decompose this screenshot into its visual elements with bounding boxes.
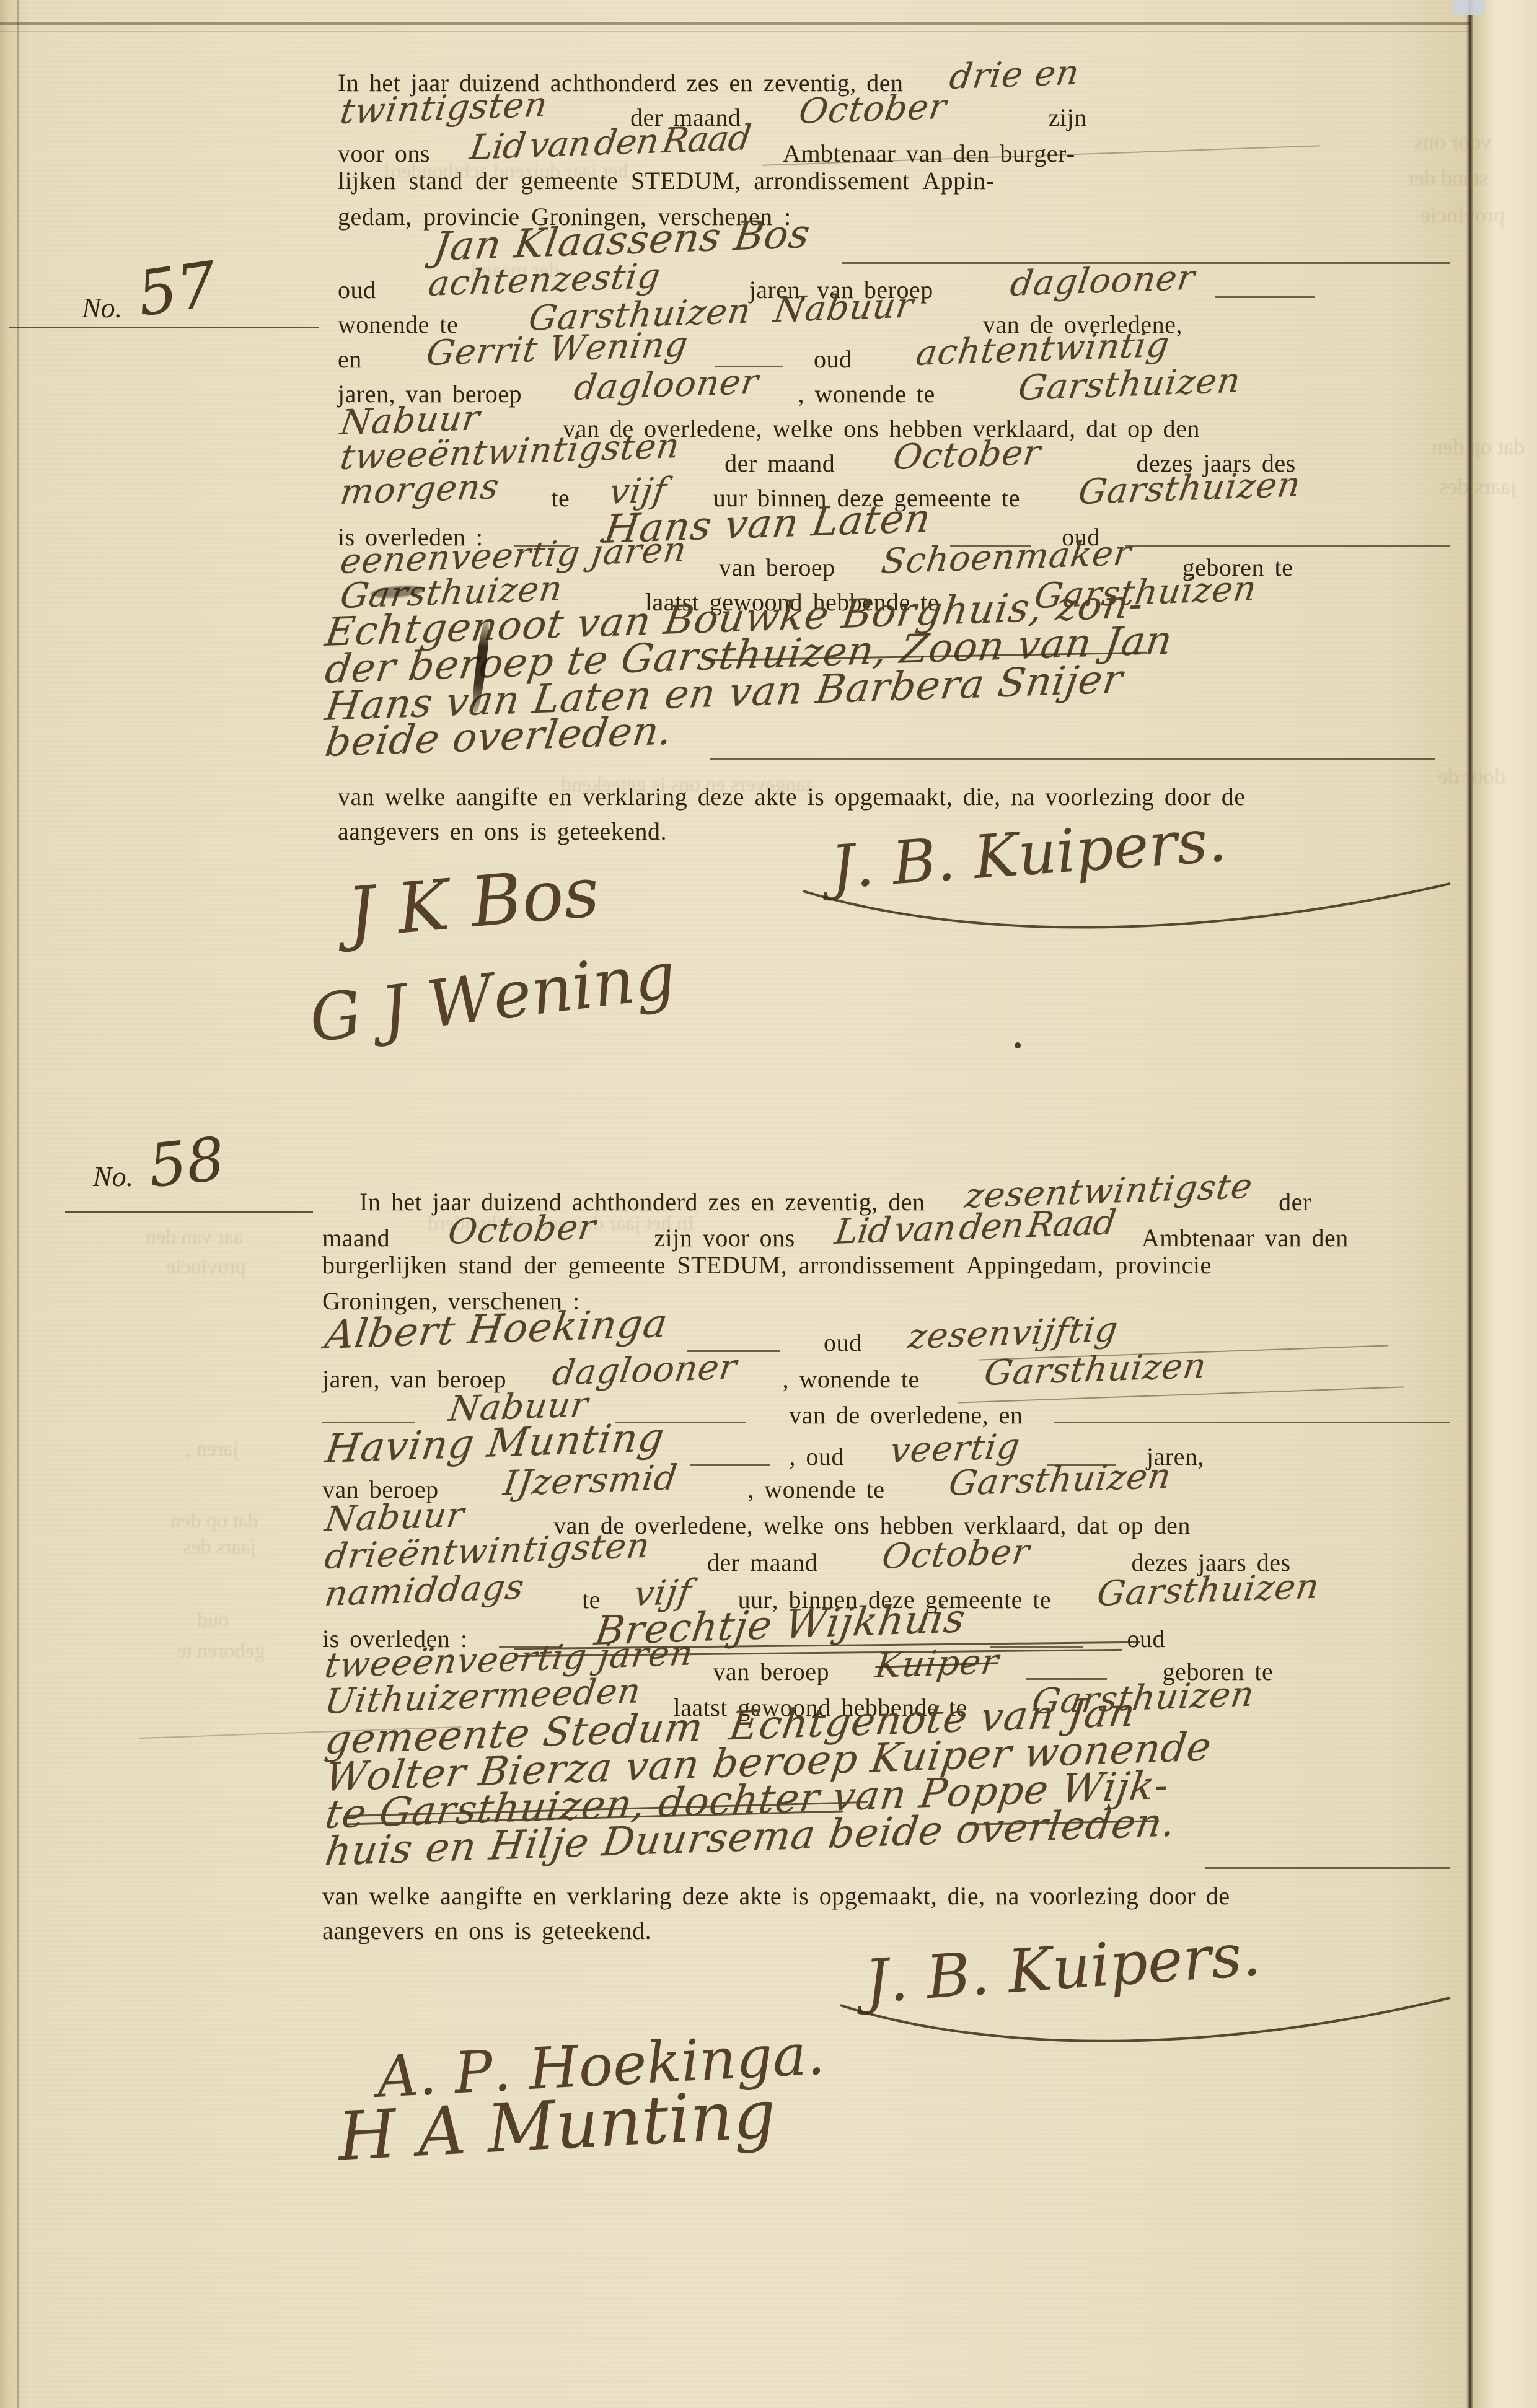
signature-flourish	[799, 872, 1456, 941]
bleed-through-text: provincie	[166, 1255, 245, 1279]
margin-rule	[65, 1211, 313, 1213]
act-line: lijken stand der gemeente STEDUM, arrond…	[338, 166, 1450, 195]
ink-dot	[1015, 1042, 1021, 1048]
blank-line	[710, 758, 1435, 760]
act-line: maand October zijn voor ons Lid van den …	[322, 1215, 1450, 1255]
handwritten-text: October	[796, 87, 949, 132]
printed-text: van de overledene, en	[789, 1400, 1023, 1430]
handwritten-text: morgens	[338, 467, 502, 512]
next-page-edge	[1473, 0, 1537, 2408]
printed-text: te	[551, 483, 570, 512]
bleed-through-text: oud	[197, 1609, 229, 1632]
page-left-crease	[17, 0, 19, 2408]
printed-text: lijken stand der gemeente STEDUM, arrond…	[338, 166, 995, 195]
top-fold-line	[0, 22, 1470, 25]
printed-text: aangevers en ons is geteekend.	[338, 817, 667, 846]
handwritten-text: October	[879, 1532, 1033, 1577]
top-fold-line-2	[0, 31, 1470, 32]
bleed-through-text: jaars des	[183, 1536, 256, 1559]
record-number-label: No.	[82, 291, 122, 324]
printed-text: der maand	[707, 1548, 817, 1577]
printed-text: voor ons	[338, 139, 430, 168]
act-line: huis en Hilje Duursema beide overleden.	[322, 1832, 1450, 1878]
handwritten-text: IJzersmid	[501, 1457, 680, 1504]
record-number-value: 58	[145, 1124, 227, 1201]
printed-text: zijn	[1049, 103, 1087, 132]
record-number-value: 57	[133, 248, 221, 331]
printed-text: , wonende te	[798, 379, 935, 408]
handwritten-text: daglooner	[571, 362, 761, 408]
printed-text: , wonende te	[747, 1475, 884, 1504]
printed-text: en	[338, 345, 362, 374]
printed-text: van welke aangifte en verklaring deze ak…	[322, 1881, 1230, 1910]
printed-text: aangevers en ons is geteekend.	[322, 1916, 651, 1945]
handwritten-text: drie en	[947, 53, 1082, 97]
printed-text: oud	[338, 275, 376, 304]
printed-text: oud	[824, 1328, 862, 1357]
bleed-through-text: jaren ,	[186, 1438, 239, 1461]
handwritten-text: Garsthuizen	[1094, 1567, 1322, 1614]
handwritten-text: daglooner	[1008, 258, 1197, 304]
act-line: beide overleden.	[322, 723, 1435, 768]
printed-text: , wonende te	[782, 1364, 919, 1394]
printed-text: der maand	[724, 449, 835, 478]
page-binding-crease	[1466, 0, 1473, 2408]
handwritten-text: Garsthuizen	[1016, 361, 1243, 408]
printed-text: maand	[322, 1223, 390, 1252]
closing-line: van welke aangifte en verklaring deze ak…	[338, 782, 1450, 811]
page-corner-sliver	[1453, 0, 1485, 15]
blank-line	[1205, 1867, 1450, 1869]
printed-text: zijn voor ons	[654, 1223, 795, 1252]
act-line: van beroep IJzersmid , wonende te Garsth…	[322, 1466, 1450, 1506]
act-line: Albert Hoekinga oud zesenvijftig	[322, 1315, 1450, 1361]
bleed-through-text: dat op den	[170, 1509, 258, 1533]
blank-line	[322, 1422, 415, 1423]
act-line: burgerlijken stand der gemeente STEDUM, …	[322, 1250, 1450, 1280]
bleed-through-text: jaars des	[1439, 473, 1517, 499]
blank-line	[1054, 1422, 1450, 1423]
handwritten-text: twintigsten	[338, 84, 550, 132]
witness-signature: J K Bos	[344, 852, 602, 954]
signature-flourish	[837, 1988, 1456, 2056]
margin-rule	[9, 327, 319, 328]
printed-text: van beroep	[719, 553, 835, 582]
witness-signature: G J Wening	[306, 937, 680, 1057]
register-page: het jaar duizend achthonderd der maand v…	[0, 0, 1537, 2408]
handwritten-text: October	[446, 1207, 599, 1252]
printed-text: burgerlijken stand der gemeente STEDUM, …	[322, 1250, 1212, 1280]
closing-line: aangevers en ons is geteekend.	[322, 1916, 1450, 1945]
printed-text: van welke aangifte en verklaring deze ak…	[338, 782, 1246, 811]
printed-text: van beroep	[713, 1657, 829, 1686]
handwritten-text-struck: Kuiper	[873, 1641, 1002, 1686]
closing-line: van welke aangifte en verklaring deze ak…	[322, 1881, 1450, 1910]
printed-text: Ambtenaar van den	[1142, 1223, 1349, 1252]
handwritten-text: Garsthuizen	[946, 1456, 1174, 1504]
handwritten-text: Garsthuizen	[1076, 465, 1303, 512]
bleed-through-text: geboren te	[177, 1640, 265, 1663]
record-number-label: No.	[93, 1160, 133, 1193]
printed-text: der	[1279, 1187, 1311, 1216]
printed-text: oud	[814, 345, 852, 374]
handwritten-text: namiddags	[322, 1567, 527, 1614]
bleed-through-text: aar van den	[146, 1226, 243, 1249]
act-line: voor ons Lid van den Raad Ambtenaar van …	[338, 130, 1450, 170]
printed-text: Ambtenaar van den burger-	[783, 139, 1075, 168]
handwritten-text: October	[891, 433, 1044, 478]
blank-line	[1215, 296, 1315, 298]
